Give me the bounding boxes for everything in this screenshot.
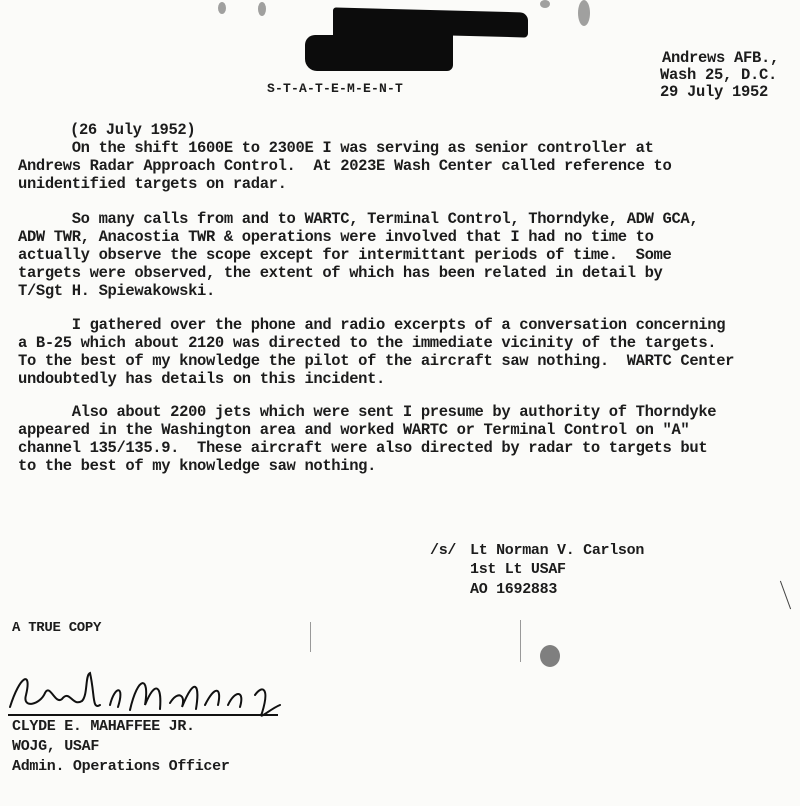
- punch-mark: [540, 0, 550, 8]
- body-line: unidentified targets on radar.: [18, 175, 287, 193]
- body-line: ADW TWR, Anacostia TWR & operations were…: [18, 228, 654, 246]
- body-line: T/Sgt H. Spiewakowski.: [18, 282, 215, 300]
- handwritten-signature: [0, 665, 300, 725]
- certifier-rank: WOJG, USAF: [12, 738, 99, 756]
- certifier-title: Admin. Operations Officer: [12, 758, 230, 776]
- true-copy-label: A TRUE COPY: [12, 619, 101, 637]
- signature-underline: [8, 714, 278, 716]
- body-line: channel 135/135.9. These aircraft were a…: [18, 439, 707, 457]
- signature-prefix: /s/: [430, 542, 456, 560]
- document-date: 29 July 1952: [660, 84, 768, 101]
- body-line: To the best of my knowledge the pilot of…: [18, 352, 734, 370]
- incident-date: (26 July 1952): [70, 121, 195, 139]
- body-line: I gathered over the phone and radio exce…: [18, 316, 725, 334]
- body-line: On the shift 1600E to 2300E I was servin…: [18, 139, 654, 157]
- body-line: Also about 2200 jets which were sent I p…: [18, 403, 716, 421]
- signatory-rank: 1st Lt USAF: [470, 561, 566, 579]
- scan-mark: [310, 622, 311, 652]
- body-line: So many calls from and to WARTC, Termina…: [18, 210, 698, 228]
- redaction-block: [333, 22, 453, 52]
- location-line-1: Andrews AFB.,: [662, 50, 779, 67]
- location-line-2: Wash 25, D.C.: [660, 67, 777, 84]
- document-page: S-T-A-T-E-M-E-N-T Andrews AFB., Wash 25,…: [0, 0, 800, 806]
- signatory-name: Lt Norman V. Carlson: [470, 542, 644, 560]
- body-line: a B-25 which about 2120 was directed to …: [18, 334, 716, 352]
- scan-mark: [520, 620, 521, 662]
- body-line: actually observe the scope except for in…: [18, 246, 671, 264]
- certifier-name: CLYDE E. MAHAFFEE JR.: [12, 718, 195, 736]
- punch-mark: [578, 0, 590, 26]
- document-title: S-T-A-T-E-M-E-N-T: [267, 81, 403, 96]
- punch-mark: [258, 2, 266, 16]
- body-line: appeared in the Washington area and work…: [18, 421, 689, 439]
- ink-blot: [540, 645, 560, 667]
- body-line: targets were observed, the extent of whi…: [18, 264, 663, 282]
- body-line: undoubtedly has details on this incident…: [18, 370, 385, 388]
- body-line: Andrews Radar Approach Control. At 2023E…: [18, 157, 671, 175]
- punch-mark: [218, 2, 226, 14]
- scan-mark: [780, 581, 791, 610]
- signatory-serial: AO 1692883: [470, 581, 557, 599]
- body-line: to the best of my knowledge saw nothing.: [18, 457, 376, 475]
